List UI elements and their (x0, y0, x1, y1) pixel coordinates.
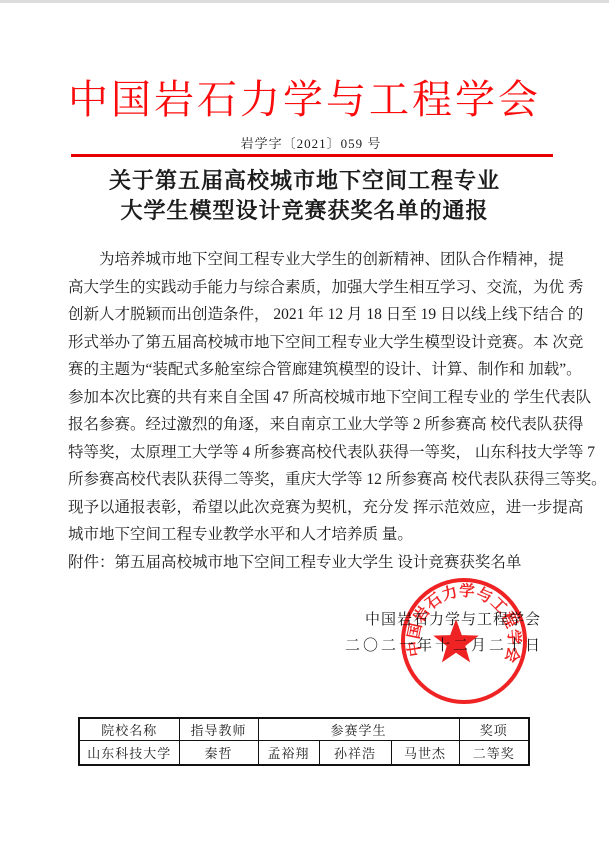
body-line: 报名参赛。经过激烈的角逐，来自南京工业大学等 2 所参赛高 校代表队获得 (68, 411, 558, 439)
attachment-line: 附件：第五届高校城市地下空间工程专业大学生 设计竞赛获奖名单 (68, 549, 558, 577)
letterhead-rule (71, 154, 553, 157)
body-line: 创新人才脱颖而出创造条件， 2021 年 12 月 18 日至 19 日以线上线… (68, 301, 558, 329)
awards-table-row: 山东科技大学 秦哲 孟裕翔 孙祥浩 马世杰 二等奖 (79, 741, 529, 766)
official-document-page: 中国岩石力学与工程学会 岩学字〔2021〕059 号 关于第五届高校城市地下空间… (0, 0, 609, 864)
body-line: 形式举办了第五届高校城市地下空间工程专业大学生模型设计竞赛。本 次竞 (68, 329, 558, 357)
cell-student3: 马世杰 (391, 741, 459, 766)
page-top-edge (0, 0, 609, 3)
cell-school: 山东科技大学 (79, 741, 179, 766)
body-line: 城市地下空间工程专业教学水平和人才培养质 量。 (68, 521, 558, 549)
body-line: 所参赛高校代表队获得二等奖，重庆大学等 12 所参赛高 校代表队获得三等奖。 (68, 466, 558, 494)
cell-student1: 孟裕翔 (258, 741, 319, 766)
header-award: 奖项 (459, 718, 529, 741)
header-advisor: 指导教师 (179, 718, 258, 741)
body-line: 赛的主题为“装配式多舱室综合管廊建筑模型的设计、计算、制作和 加载”。 (68, 356, 558, 384)
seal-star-icon (433, 619, 479, 662)
body-line: 高大学生的实践动手能力与综合素质，加强大学生相互学习、交流，为优 秀 (68, 274, 558, 302)
body-line: 参加本次比赛的共有来自全国 47 所高校城市地下空间工程专业的 学生代表队 (68, 384, 558, 412)
official-seal-stamp: 中国岩石力学与工程学会 (397, 574, 531, 708)
document-title-line-1: 关于第五届高校城市地下空间工程专业 (0, 166, 609, 196)
cell-award: 二等奖 (459, 741, 529, 766)
body-line: 现予以通报表彰，希望以此次竞赛为契机，充分发 挥示范效应，进一步提高 (68, 494, 558, 522)
body-line: 为培养城市地下空间工程专业大学生的创新精神、团队合作精神，提 (68, 246, 558, 274)
cell-advisor: 秦哲 (179, 741, 258, 766)
letterhead-org-name: 中国岩石力学与工程学会 (0, 68, 609, 125)
awards-table-header-row: 院校名称 指导教师 参赛学生 奖项 (79, 718, 529, 741)
cell-student2: 孙祥浩 (319, 741, 391, 766)
document-body: 为培养城市地下空间工程专业大学生的创新精神、团队合作精神，提 高大学生的实践动手… (68, 246, 558, 576)
document-number: 岩学字〔2021〕059 号 (68, 133, 554, 152)
header-school: 院校名称 (79, 718, 179, 741)
body-line: 特等奖，太原理工大学等 4 所参赛高校代表队获得一等奖， 山东科技大学等 7 (68, 439, 558, 467)
document-title-line-2: 大学生模型设计竞赛获奖名单的通报 (0, 196, 609, 226)
document-title: 关于第五届高校城市地下空间工程专业 大学生模型设计竞赛获奖名单的通报 (0, 166, 609, 226)
header-students: 参赛学生 (258, 718, 459, 741)
awards-table: 院校名称 指导教师 参赛学生 奖项 山东科技大学 秦哲 孟裕翔 孙祥浩 马世杰 … (78, 717, 530, 766)
